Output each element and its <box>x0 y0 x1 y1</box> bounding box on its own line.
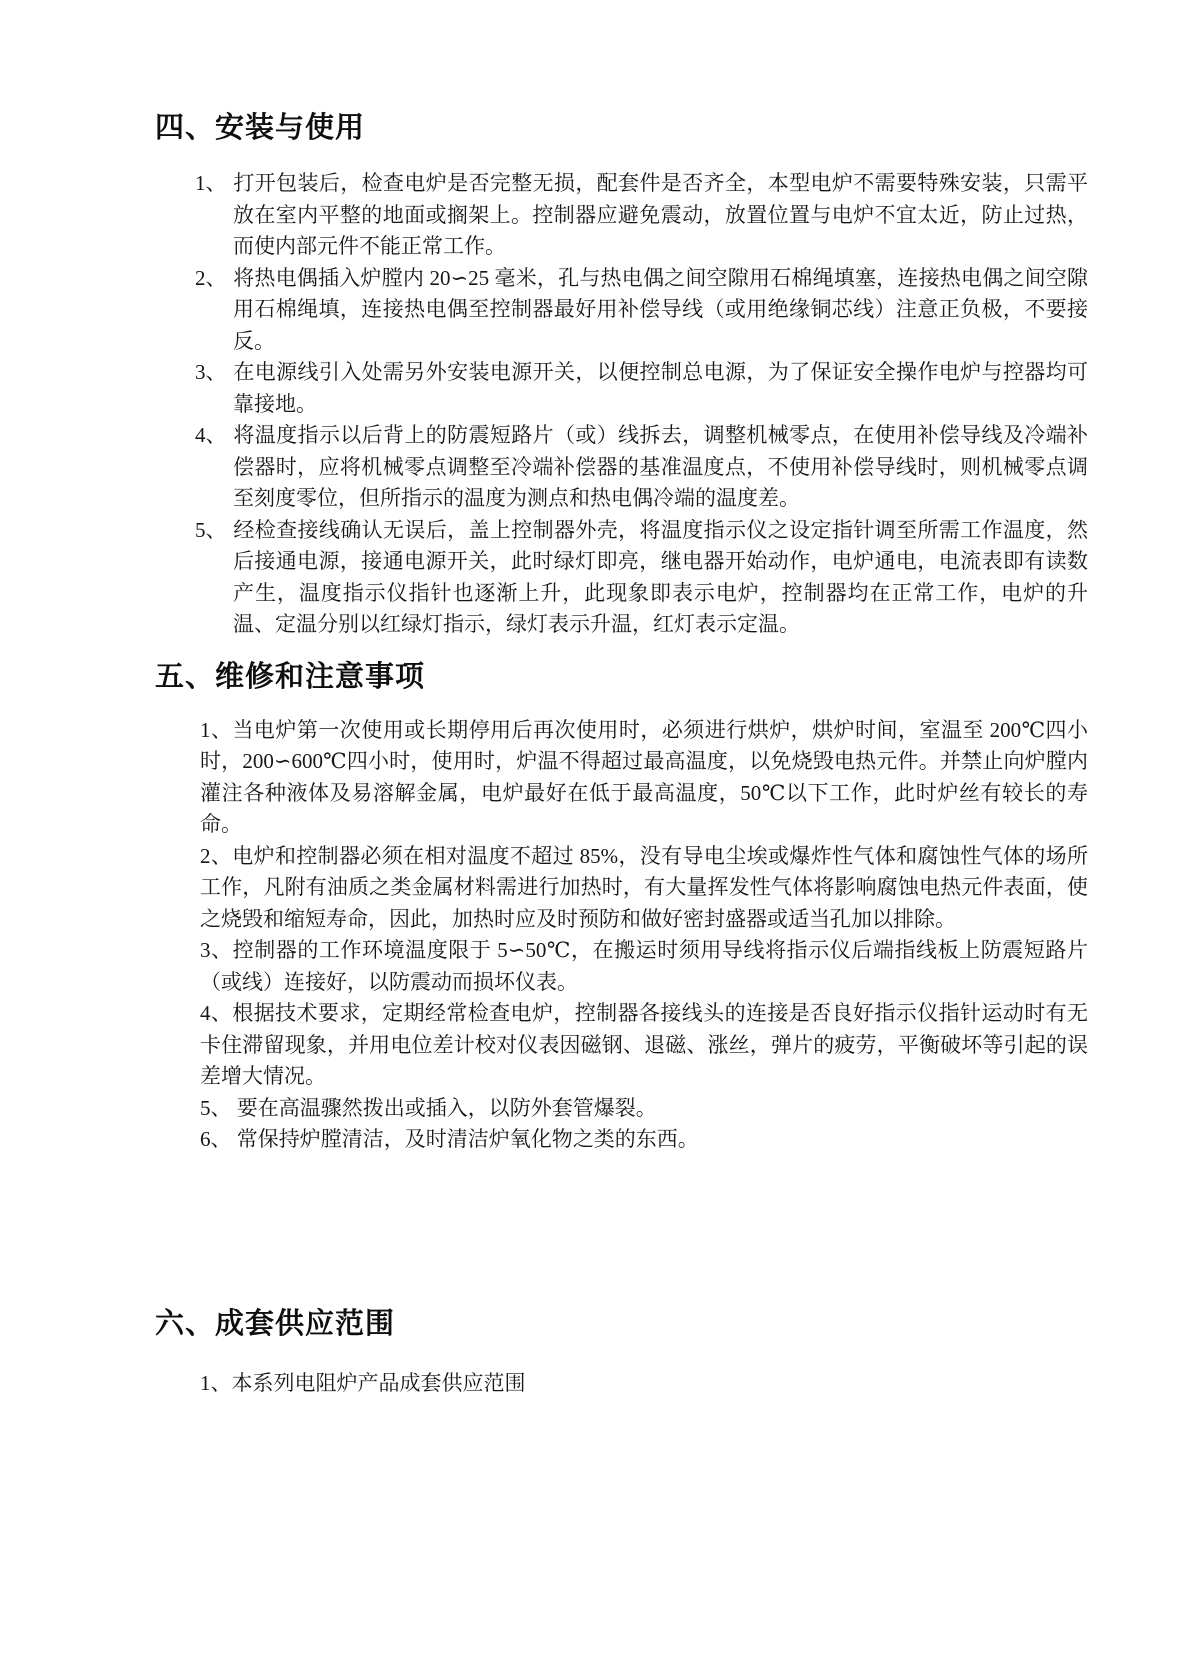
section-5-list: 1、当电炉第一次使用或长期停用后再次使用时，必须进行烘炉，烘炉时间，室温至 20… <box>155 715 1088 1156</box>
item-text: 电炉和控制器必须在相对温度不超过 85%，没有导电尘埃或爆炸性气体和腐蚀性气体的… <box>200 844 1088 931</box>
document-page: 四、安装与使用 1、打开包装后，检查电炉是否完整无损，配套件是否齐全，本型电炉不… <box>0 0 1200 1664</box>
item-number: 1、 <box>200 718 232 742</box>
item-text: 要在高温骤然拨出或插入，以防外套管爆裂。 <box>232 1096 657 1120</box>
section-4-heading: 四、安装与使用 <box>155 110 1088 146</box>
item-number: 4、 <box>200 1001 232 1025</box>
item-number: 6、 <box>200 1127 232 1151</box>
item-text: 将热电偶插入炉膛内 20∽25 毫米，孔与热电偶之间空隙用石棉绳填塞，连接热电偶… <box>233 266 1088 353</box>
item-text: 经检查接线确认无误后，盖上控制器外壳，将温度指示仪之设定指针调至所需工作温度，然… <box>233 518 1088 637</box>
section-maintenance-and-precautions: 五、维修和注意事项 1、当电炉第一次使用或长期停用后再次使用时，必须进行烘炉，烘… <box>155 659 1088 1156</box>
item-number: 3、 <box>195 357 233 389</box>
section-5-heading: 五、维修和注意事项 <box>155 659 1088 695</box>
item-number: 4、 <box>195 420 233 452</box>
section-6-heading: 六、成套供应范围 <box>155 1306 1088 1342</box>
section-4-list: 1、打开包装后，检查电炉是否完整无损，配套件是否齐全，本型电炉不需要特殊安装，只… <box>155 168 1088 641</box>
section-4-item-3: 3、在电源线引入处需另外安装电源开关，以便控制总电源，为了保证安全操作电炉与控器… <box>155 357 1088 420</box>
section-4-item-2: 2、将热电偶插入炉膛内 20∽25 毫米，孔与热电偶之间空隙用石棉绳填塞，连接热… <box>155 263 1088 358</box>
item-number: 5、 <box>200 1096 232 1120</box>
item-number: 2、 <box>195 263 233 295</box>
section-4-item-4: 4、将温度指示以后背上的防震短路片（或）线拆去，调整机械零点，在使用补偿导线及冷… <box>155 420 1088 515</box>
item-number: 1、 <box>195 168 233 200</box>
item-text: 本系列电阻炉产品成套供应范围 <box>232 1371 526 1395</box>
section-5-item-6: 6、 常保持炉膛清洁，及时清洁炉氧化物之类的东西。 <box>200 1124 1088 1156</box>
item-text: 在电源线引入处需另外安装电源开关，以便控制总电源，为了保证安全操作电炉与控器均可… <box>233 360 1088 416</box>
item-text: 常保持炉膛清洁，及时清洁炉氧化物之类的东西。 <box>232 1127 699 1151</box>
item-number: 2、 <box>200 844 232 868</box>
item-number: 3、 <box>200 938 233 962</box>
section-5-item-5: 5、 要在高温骤然拨出或插入，以防外套管爆裂。 <box>200 1093 1088 1125</box>
item-number: 1、 <box>200 1371 232 1395</box>
item-text: 控制器的工作环境温度限于 5∽50℃，在搬运时须用导线将指示仪后端指线板上防震短… <box>200 938 1088 994</box>
section-installation-and-use: 四、安装与使用 1、打开包装后，检查电炉是否完整无损，配套件是否齐全，本型电炉不… <box>155 110 1088 641</box>
item-number: 5、 <box>195 515 233 547</box>
section-5-item-3: 3、控制器的工作环境温度限于 5∽50℃，在搬运时须用导线将指示仪后端指线板上防… <box>200 935 1088 998</box>
section-5-item-2: 2、电炉和控制器必须在相对温度不超过 85%，没有导电尘埃或爆炸性气体和腐蚀性气… <box>200 841 1088 936</box>
section-5-item-1: 1、当电炉第一次使用或长期停用后再次使用时，必须进行烘炉，烘炉时间，室温至 20… <box>200 715 1088 841</box>
item-text: 根据技术要求，定期经常检查电炉，控制器各接线头的连接是否良好指示仪指针运动时有无… <box>200 1001 1088 1088</box>
item-text: 打开包装后，检查电炉是否完整无损，配套件是否齐全，本型电炉不需要特殊安装，只需平… <box>233 171 1088 258</box>
item-text: 当电炉第一次使用或长期停用后再次使用时，必须进行烘炉，烘炉时间，室温至 200℃… <box>200 718 1088 837</box>
section-6-list: 1、本系列电阻炉产品成套供应范围 <box>155 1368 1088 1400</box>
section-4-item-5: 5、经检查接线确认无误后，盖上控制器外壳，将温度指示仪之设定指针调至所需工作温度… <box>155 515 1088 641</box>
section-4-item-1: 1、打开包装后，检查电炉是否完整无损，配套件是否齐全，本型电炉不需要特殊安装，只… <box>155 168 1088 263</box>
section-5-item-4: 4、根据技术要求，定期经常检查电炉，控制器各接线头的连接是否良好指示仪指针运动时… <box>200 998 1088 1093</box>
section-6-item-1: 1、本系列电阻炉产品成套供应范围 <box>200 1368 1088 1400</box>
item-text: 将温度指示以后背上的防震短路片（或）线拆去，调整机械零点，在使用补偿导线及冷端补… <box>233 423 1088 510</box>
section-complete-supply-range: 六、成套供应范围 1、本系列电阻炉产品成套供应范围 <box>155 1306 1088 1400</box>
